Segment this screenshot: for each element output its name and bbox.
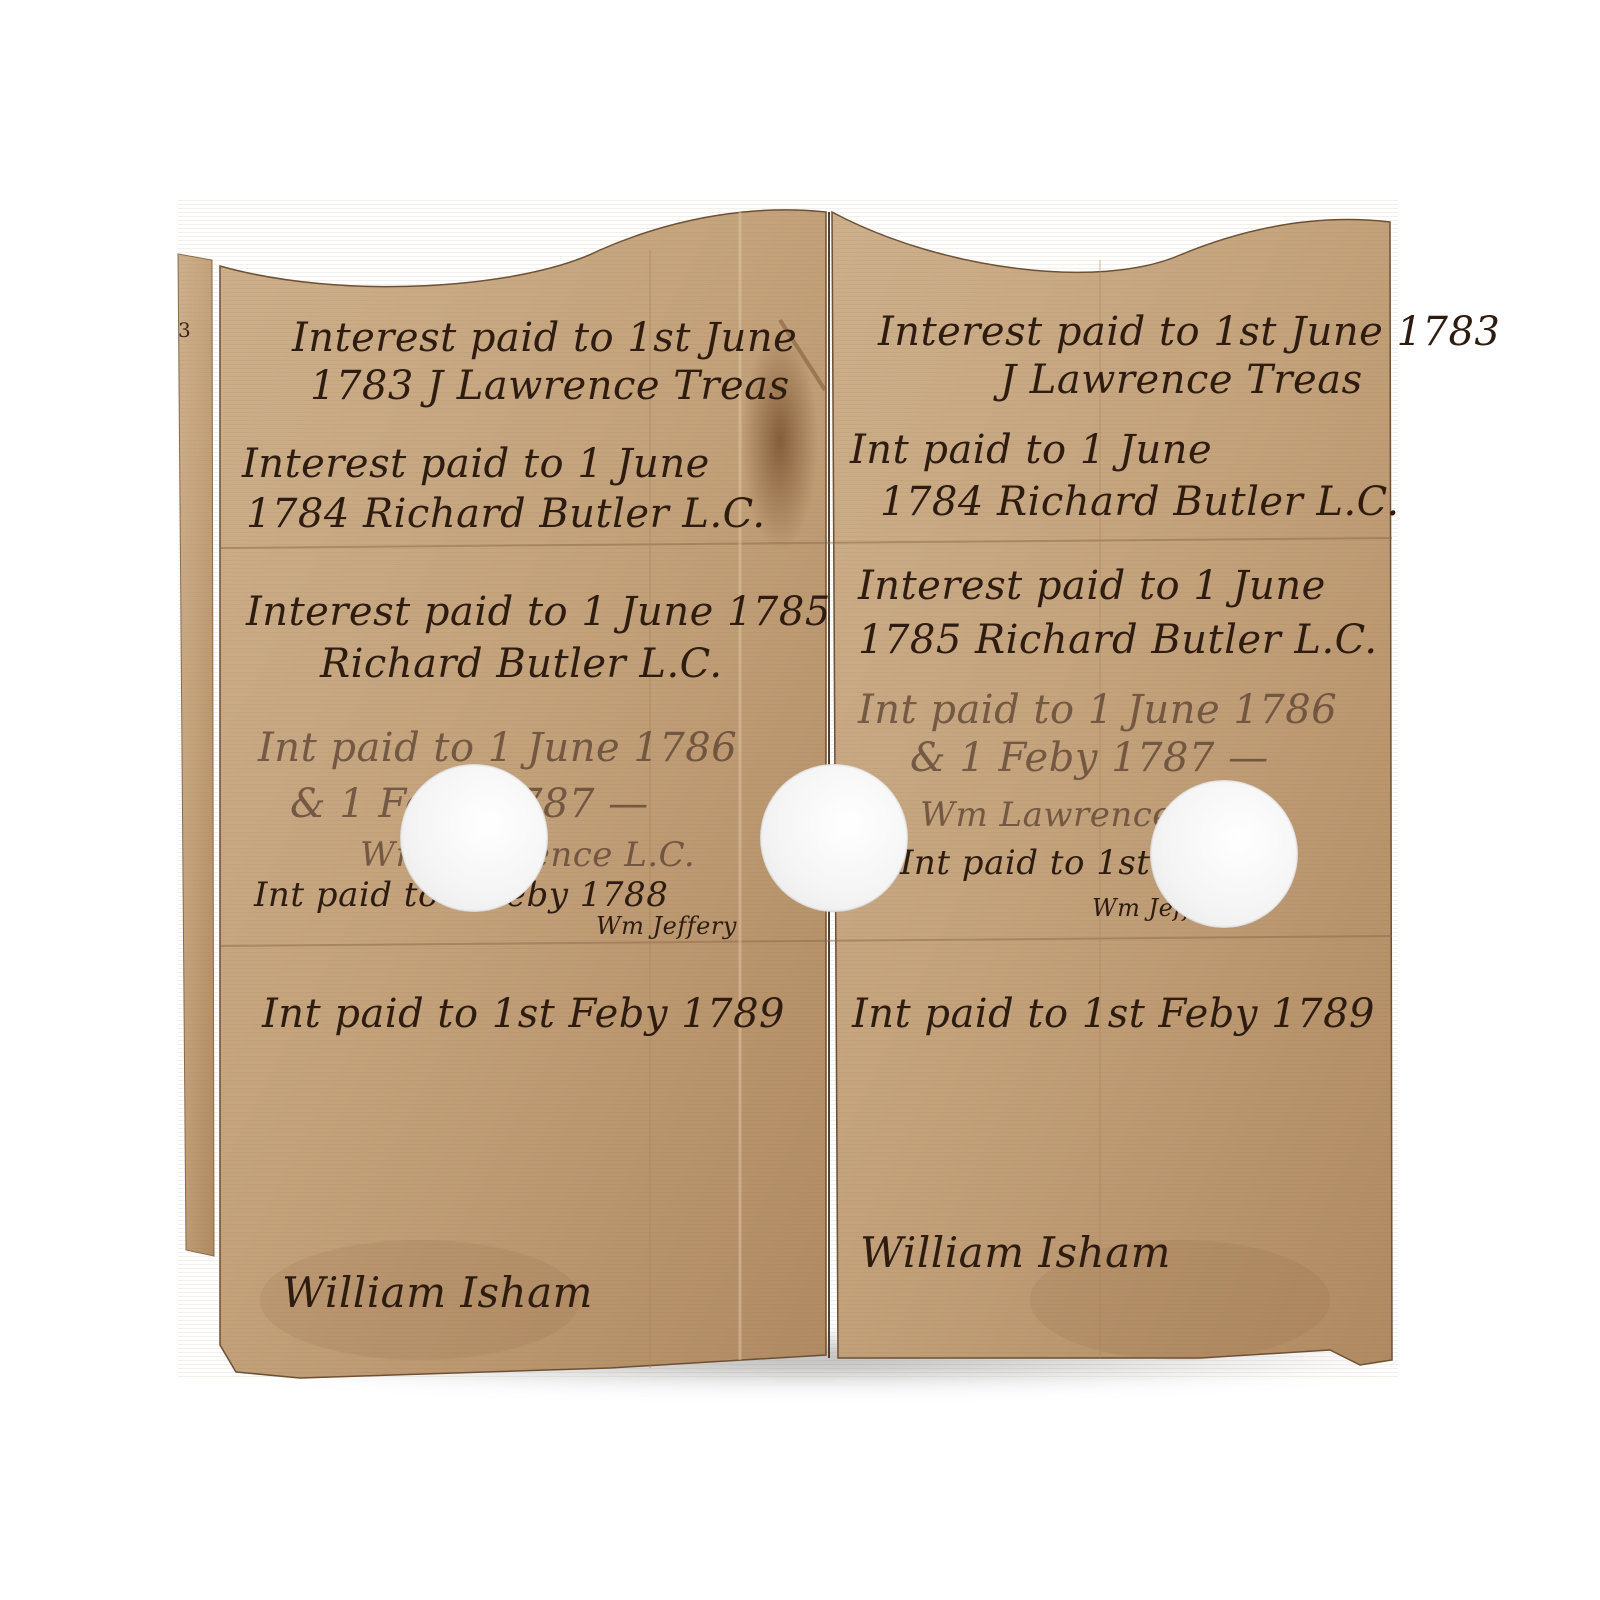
margin-mark: 3: [178, 318, 191, 342]
punch-hole-center: [760, 764, 908, 912]
left-signature: William Isham: [282, 1272, 593, 1314]
punch-hole-right: [1150, 780, 1298, 928]
right-entry-6-line1: Int paid to 1st Feby 1789: [852, 994, 1375, 1034]
right-entry-4-line2: & 1 Feby 1787 —: [910, 738, 1269, 778]
left-entry-4-line1: Int paid to 1 June 1786: [258, 728, 737, 768]
right-entry-2-line1: Int paid to 1 June: [850, 430, 1212, 470]
left-entry-6-line1: Int paid to 1st Feby 1789: [262, 994, 785, 1034]
right-entry-1-line1: Interest paid to 1st June 1783: [878, 312, 1500, 352]
left-entry-1-line2: 1783 J Lawrence Treas: [310, 366, 790, 406]
right-entry-3-line1: Interest paid to 1 June: [858, 566, 1326, 606]
left-entry-2-line2: 1784 Richard Butler L.C.: [246, 494, 766, 534]
document-photo: 3 Interest paid to 1st June 1783 J Lawre…: [0, 0, 1600, 1600]
right-entry-4-line1: Int paid to 1 June 1786: [858, 690, 1337, 730]
right-entry-3-line2: 1785 Richard Butler L.C.: [858, 620, 1378, 660]
left-entry-3-line2: Richard Butler L.C.: [320, 644, 723, 684]
right-signature: William Isham: [860, 1232, 1171, 1274]
punch-hole-left: [400, 764, 548, 912]
left-entry-1-line1: Interest paid to 1st June: [292, 318, 797, 358]
right-entry-2-line2: 1784 Richard Butler L.C.: [880, 482, 1400, 522]
left-entry-5-line2: Wm Jeffery: [596, 914, 737, 938]
left-entry-3-line1: Interest paid to 1 June 1785: [246, 592, 831, 632]
right-entry-1-line2: J Lawrence Treas: [1000, 360, 1363, 400]
left-entry-2-line1: Interest paid to 1 June: [242, 444, 710, 484]
